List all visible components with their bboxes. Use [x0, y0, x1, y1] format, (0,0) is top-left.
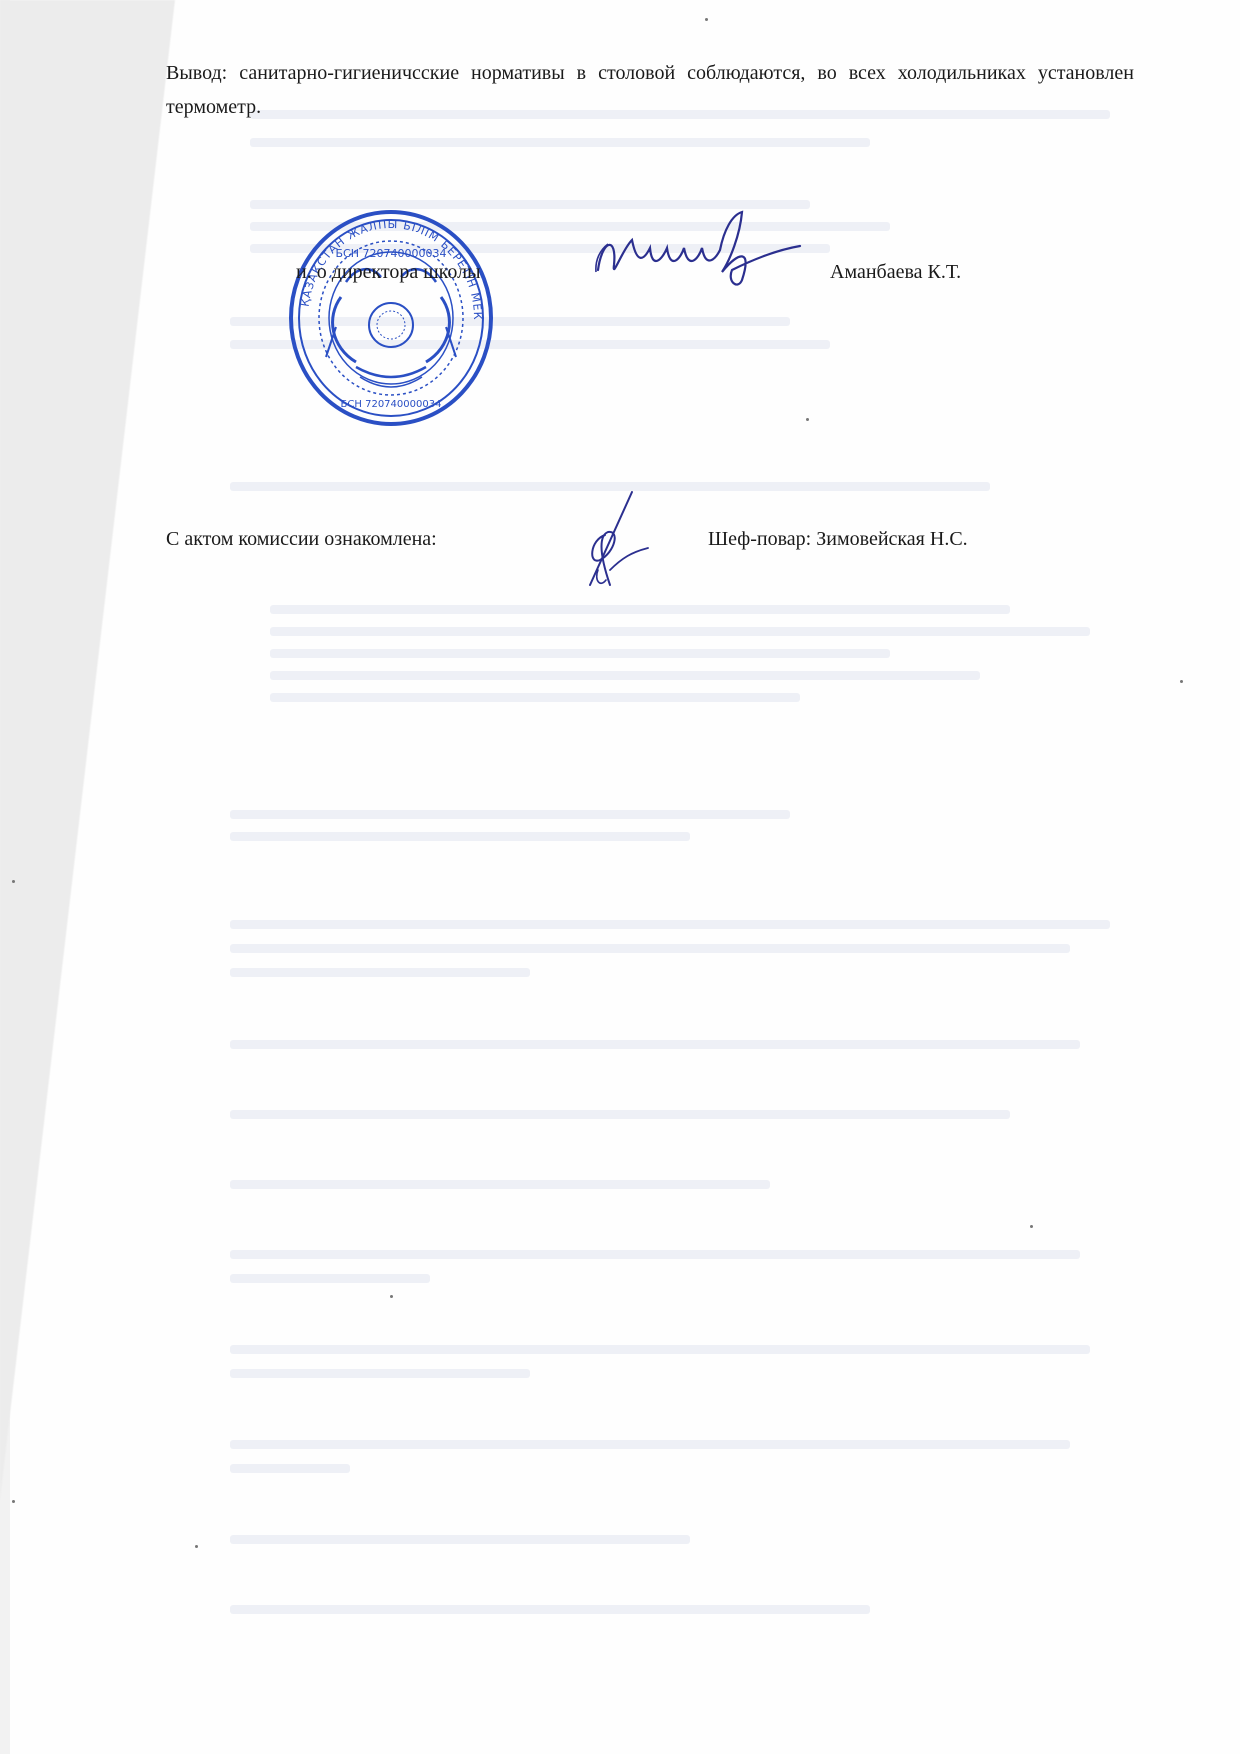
official-stamp-icon: ҚАЗАҚСТАН ЖАЛПЫ БІЛІМ БЕРЕТІН МЕКТЕБІ БС… [286, 207, 496, 429]
director-role-label: и. о директора школы [296, 258, 481, 286]
conclusion-paragraph: Вывод: санитарно-гигиеничсские нормативы… [166, 56, 1134, 124]
director-signature-icon [592, 210, 802, 300]
scan-speck [390, 1295, 393, 1298]
acknowledgement-label: С актом комиссии ознакомлена: [166, 525, 437, 553]
scan-speck [195, 1545, 198, 1548]
scan-speck [705, 18, 708, 21]
scan-speck [1180, 680, 1183, 683]
chef-role-and-name: Шеф-повар: Зимовейская Н.С. [708, 525, 968, 553]
director-name: Аманбаева К.Т. [830, 258, 961, 286]
svg-text:БСН 720740000034: БСН 720740000034 [341, 399, 442, 410]
scan-speck [1030, 1225, 1033, 1228]
chef-signature-icon [570, 490, 670, 590]
document-page: Вывод: санитарно-гигиеничсские нормативы… [0, 0, 1240, 1754]
scan-speck [12, 1500, 15, 1503]
scan-speck [12, 880, 15, 883]
scan-speck [806, 418, 809, 421]
folded-corner [0, 0, 175, 1500]
